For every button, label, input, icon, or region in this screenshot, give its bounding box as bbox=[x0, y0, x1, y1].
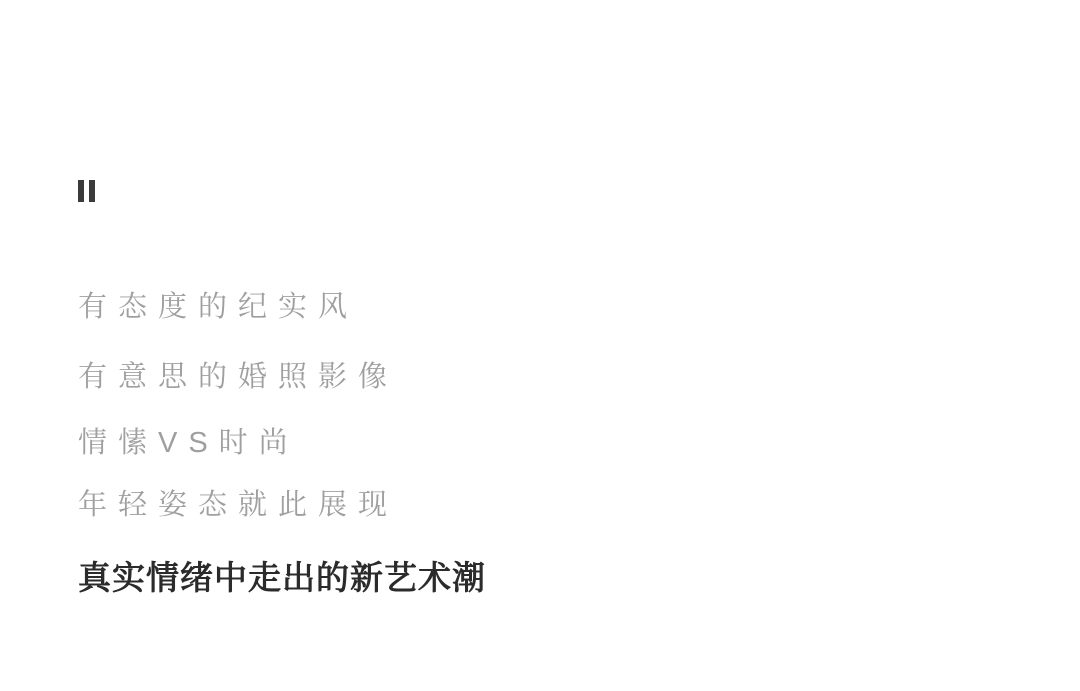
headline: 真实情绪中走出的新艺术潮 bbox=[78, 561, 486, 594]
tagline-line-3: 情愫VS时尚 bbox=[78, 429, 299, 458]
tagline-line-1: 有态度的纪实风 bbox=[78, 293, 358, 322]
quote-bars-icon bbox=[78, 180, 95, 202]
quote-bar bbox=[78, 180, 84, 202]
tagline-line-2: 有意思的婚照影像 bbox=[78, 363, 398, 392]
quote-bar bbox=[89, 180, 95, 202]
article-page: 有态度的纪实风 有意思的婚照影像 情愫VS时尚 年轻姿态就此展现 真实情绪中走出… bbox=[0, 0, 1080, 691]
tagline-line-4: 年轻姿态就此展现 bbox=[78, 491, 398, 520]
